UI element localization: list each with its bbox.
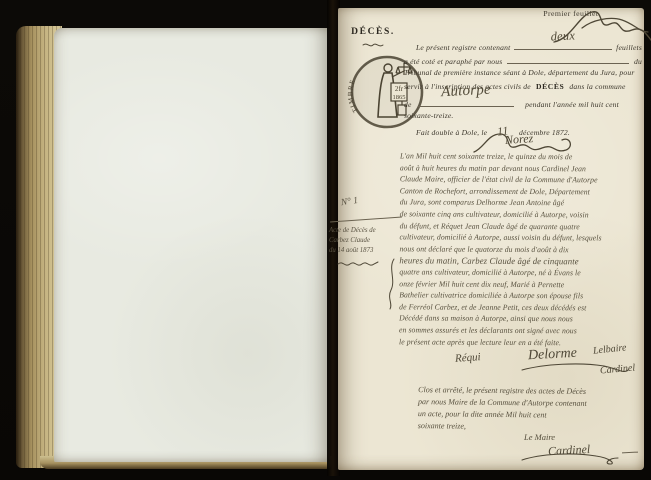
deces-bold-word: DÉCÈS: [536, 82, 564, 91]
act-line: onze février Mil huit cent dix neuf, Mar…: [399, 279, 564, 289]
printed-text: feuillets: [616, 44, 642, 52]
witness1-signature: Réqui: [455, 351, 481, 365]
act-line: le présent acte après que lecture leur e…: [399, 337, 561, 347]
margin-note-line: Acte de Décès de: [329, 226, 403, 236]
printed-text: pendant l'année mil huit cent: [525, 101, 619, 109]
paraph-signature-name: Norez: [505, 131, 534, 148]
margin-note-line: Carbez Claude: [329, 236, 403, 246]
preprinted-line-6: soixante-treize.: [404, 112, 454, 120]
final-signature-swash-icon: [520, 448, 630, 466]
printed-text: dans la commune: [569, 82, 625, 91]
fill-in-blank: [507, 55, 629, 64]
preprinted-line-5: de Autorpe pendant l'année mil huit cent: [404, 98, 624, 109]
book-scan-photo: Premier feuillet. DÉCÈS. 2fr 1865 TIMBRE…: [0, 0, 651, 480]
deces-heading: DÉCÈS.: [344, 27, 402, 37]
signature-swash-icon: [520, 356, 630, 376]
deces-ornament-icon: [362, 41, 384, 49]
act-line: heures du matin, Carbez Claude âgé de ci…: [399, 256, 578, 267]
printed-text: du: [634, 58, 642, 66]
margin-flourish-icon: [336, 257, 380, 271]
act-line: août à huit heures du matin par devant n…: [400, 163, 586, 173]
svg-text:2fr: 2fr: [395, 85, 404, 93]
act-line: Bathelier cultivatrice domiciliée à Auto…: [399, 291, 583, 301]
act-line: en sommes assurés et les déclarants ont …: [399, 325, 577, 335]
act-line: nous ont déclaré que le quatorze du mois…: [399, 244, 568, 254]
preprinted-line-1: Le présent registre contenant deux feuil…: [416, 41, 642, 52]
printed-text: a été coté et paraphé par nous: [404, 58, 502, 66]
closing-line: soixante treize,: [418, 420, 587, 434]
margin-note-line: du 14 août 1873: [329, 246, 403, 256]
act-line: quatre ans cultivateur, domicilié à Auto…: [399, 267, 580, 277]
printed-text: [520, 101, 523, 109]
preprinted-line-3: Tribunal de première instance séant à Do…: [404, 69, 634, 77]
act-line: du Jura, sont comparus Delhorme Jean Ant…: [400, 198, 564, 208]
preprinted-line-2: a été coté et paraphé par nous du: [404, 55, 642, 66]
act-line: Canton de Rochefort, arrondissement de D…: [400, 186, 590, 196]
margin-death-note: Acte de Décès de Carbez Claude du 14 aoû…: [329, 226, 403, 256]
printed-text: de: [404, 101, 412, 109]
act-line: L'an Mil huit cent soixante treize, le q…: [400, 151, 572, 161]
fill-in-blank: deux: [514, 41, 612, 50]
act-line: du défunt, et Réquet Jean Claude âgé de …: [400, 221, 580, 231]
act-line: de soixante cinq ans cultivateur, domici…: [400, 209, 589, 219]
closing-statement: Clos et arrêté, le présent registre des …: [418, 384, 587, 434]
printed-text: Le présent registre contenant: [416, 44, 510, 52]
act-line: Claude Maire, officier de l'état civil d…: [400, 175, 598, 185]
fill-in-blank: Autorpe: [418, 98, 514, 107]
act-line: Décédé dans sa maison à Autorpe, ainsi q…: [399, 314, 573, 324]
le-maire-label: Le Maire: [524, 432, 555, 442]
blank-left-page: [54, 28, 330, 462]
act-line: cultivateur, domicilié à Autorpe, aussi …: [400, 233, 602, 243]
act-line: de Ferréol Carbez, et de Jeanne Petit, c…: [399, 302, 586, 312]
margin-brace-curve-icon: [384, 258, 400, 310]
